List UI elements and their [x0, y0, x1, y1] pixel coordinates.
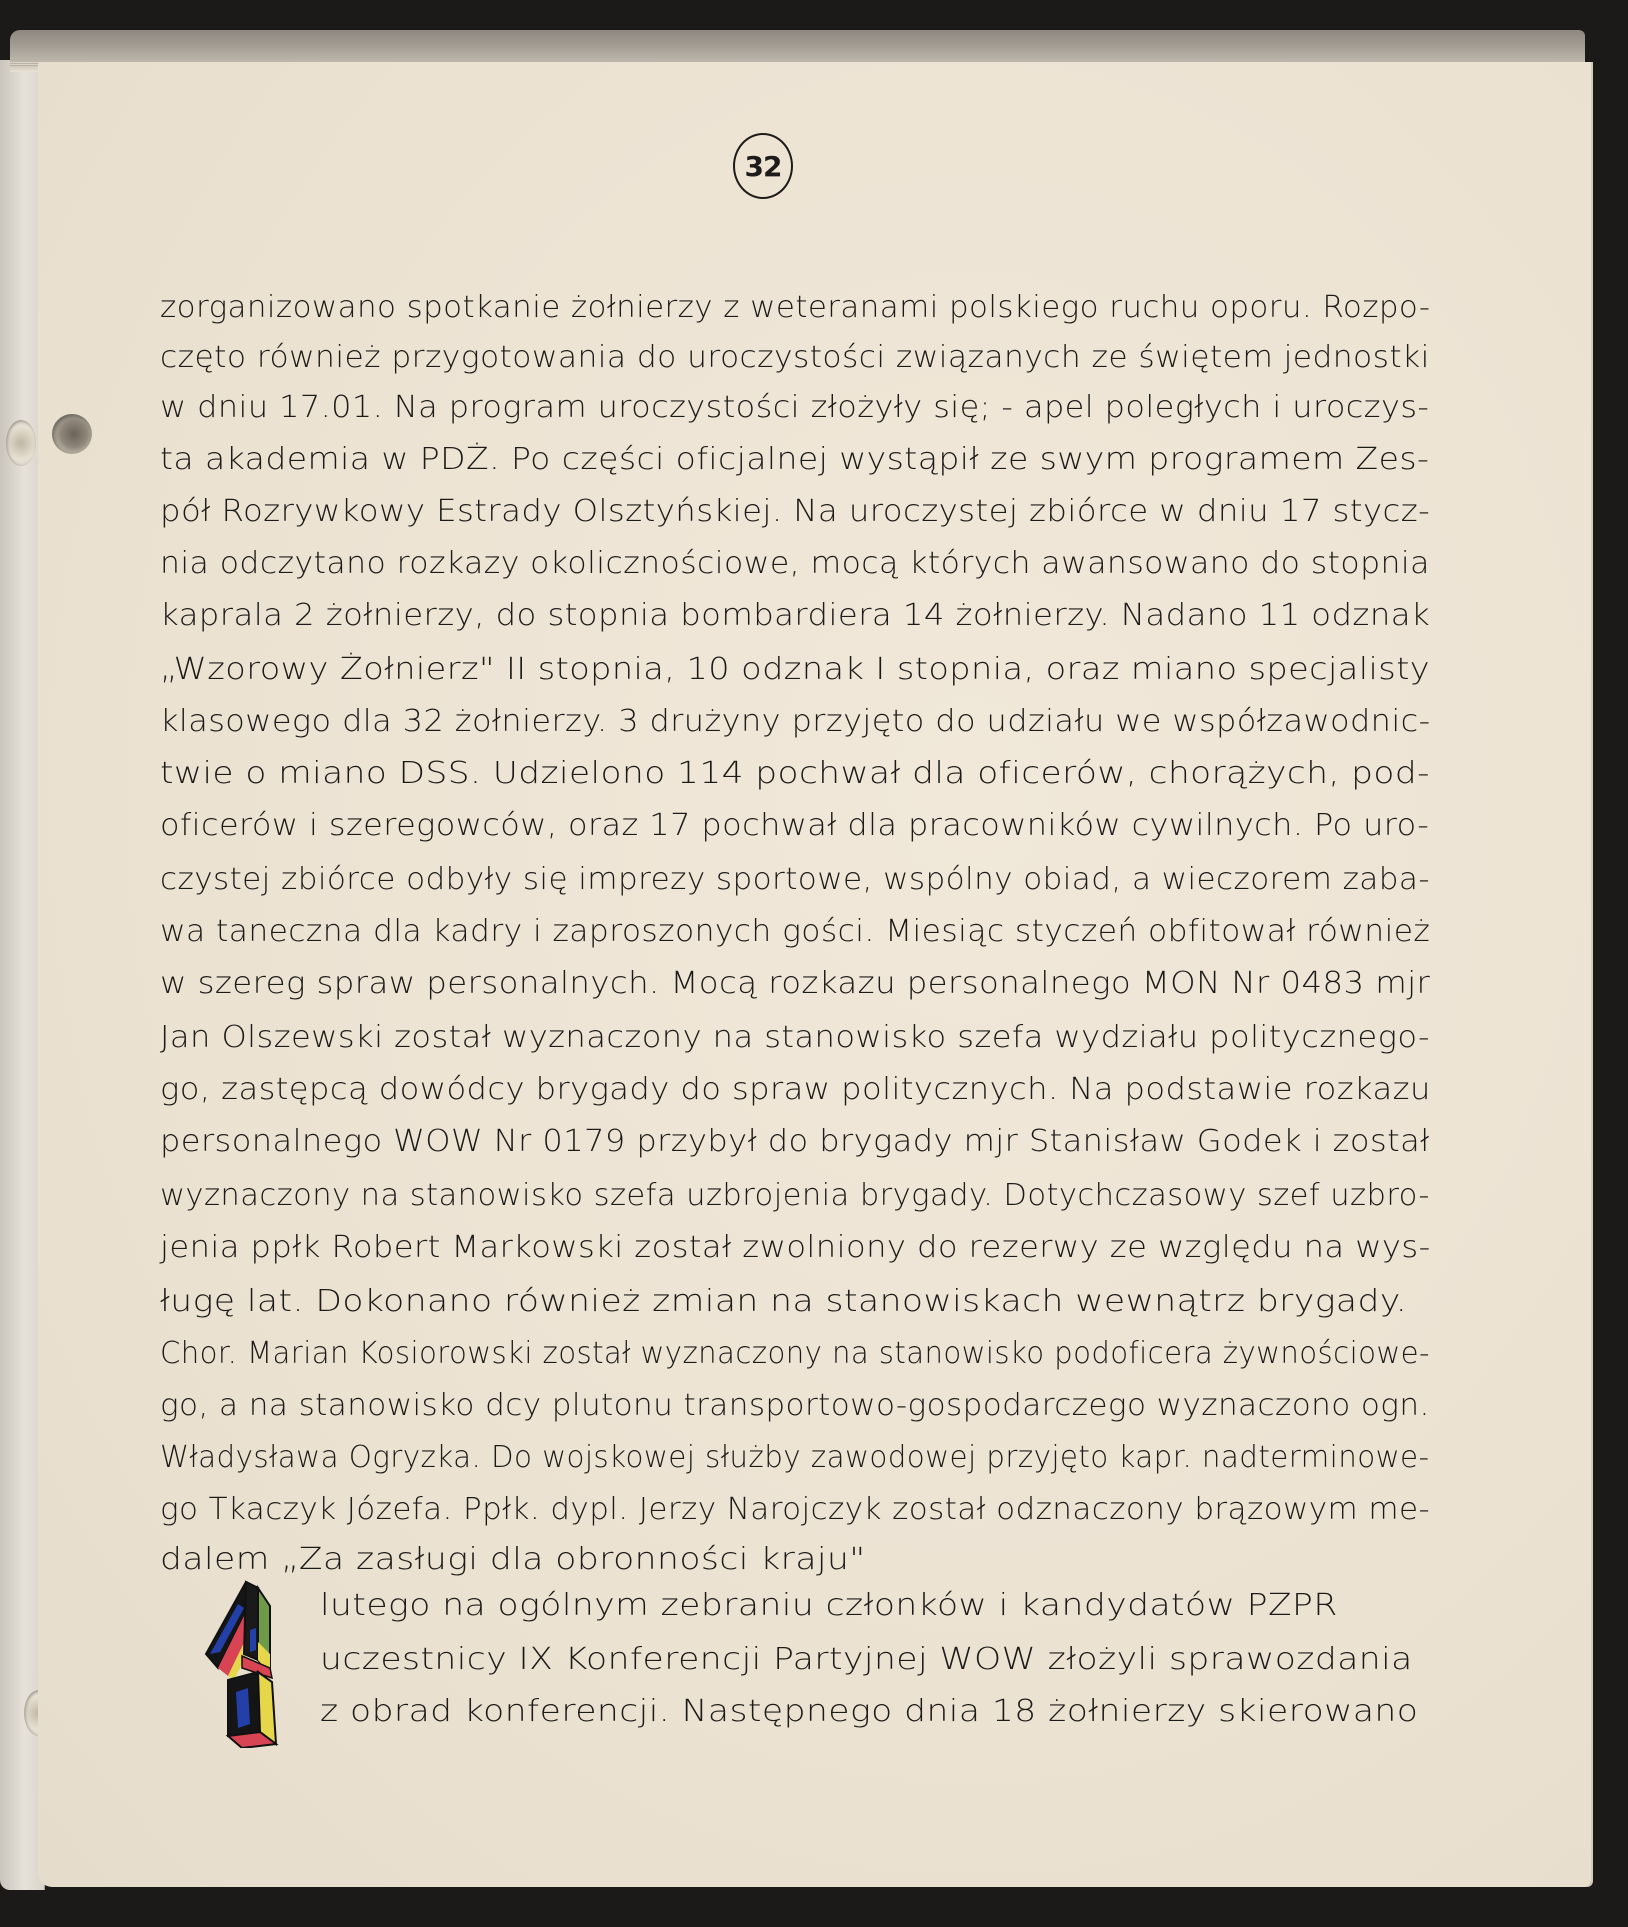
binding-hole: [52, 414, 92, 454]
binding-hole-left-top: [6, 420, 36, 466]
page-number: 32: [733, 133, 793, 199]
page-number-value: 32: [745, 150, 782, 183]
text-line: Jan Olszewski został wyznaczony na stano…: [160, 1020, 1430, 1055]
text-line: nia odczytano rozkazy okolicznościowe, m…: [160, 546, 1430, 581]
text-line: oficerów i szeregowców, oraz 17 pochwał …: [160, 808, 1429, 843]
text-line: jenia ppłk Robert Markowski został zwoln…: [160, 1230, 1431, 1265]
text-line: czystej zbiórce odbyły się imprezy sport…: [160, 862, 1430, 897]
text-line: ługę lat. Dokonano również zmian na stan…: [160, 1284, 1407, 1319]
text-line: pół Rozrywkowy Estrady Olsztyńskiej. Na …: [160, 494, 1430, 529]
text-line: ta akademia w PDŻ. Po części oficjalnej …: [160, 442, 1429, 477]
text-line: kaprala 2 żołnierzy, do stopnia bombardi…: [160, 598, 1430, 633]
text-line: częto również przygotowania do uroczysto…: [160, 340, 1430, 375]
text-line: Władysława Ogryzka. Do wojskowej służby …: [160, 1440, 1429, 1475]
text-line-indented: z obrad konferencji. Następnego dnia 18 …: [320, 1694, 1418, 1729]
text-line: Chor. Marian Kosiorowski został wyznaczo…: [160, 1336, 1430, 1371]
decorated-initial-one-icon: [198, 1572, 298, 1748]
text-line: klasowego dla 32 żołnierzy. 3 drużyny pr…: [160, 704, 1431, 739]
text-line: go, a na stanowisko dcy plutonu transpor…: [160, 1388, 1430, 1423]
text-line: w dniu 17.01. Na program uroczystości zł…: [160, 390, 1429, 425]
text-line: wa taneczna dla kadry i zaproszonych goś…: [160, 914, 1430, 949]
text-line: wyznaczony na stanowisko szefa uzbrojeni…: [160, 1178, 1430, 1213]
text-line-indented: uczestnicy IX Konferencji Partyjnej WOW …: [320, 1642, 1413, 1677]
text-line: go Tkaczyk Józefa. Ppłk. dypl. Jerzy Nar…: [160, 1492, 1430, 1527]
text-line: twie o miano DSS. Udzielono 114 pochwał …: [160, 756, 1430, 791]
text-line-indented: lutego na ogólnym zebraniu członków i ka…: [320, 1588, 1338, 1623]
text-line: go, zastępcą dowódcy brygady do spraw po…: [160, 1072, 1431, 1107]
text-line: w szereg spraw personalnych. Mocą rozkaz…: [160, 966, 1430, 1001]
text-line: zorganizowano spotkanie żołnierzy z wete…: [160, 290, 1430, 325]
text-line: „Wzorowy Żołnierz" II stopnia, 10 odznak…: [160, 652, 1430, 687]
text-line: personalnego WOW Nr 0179 przybył do bryg…: [160, 1124, 1430, 1159]
